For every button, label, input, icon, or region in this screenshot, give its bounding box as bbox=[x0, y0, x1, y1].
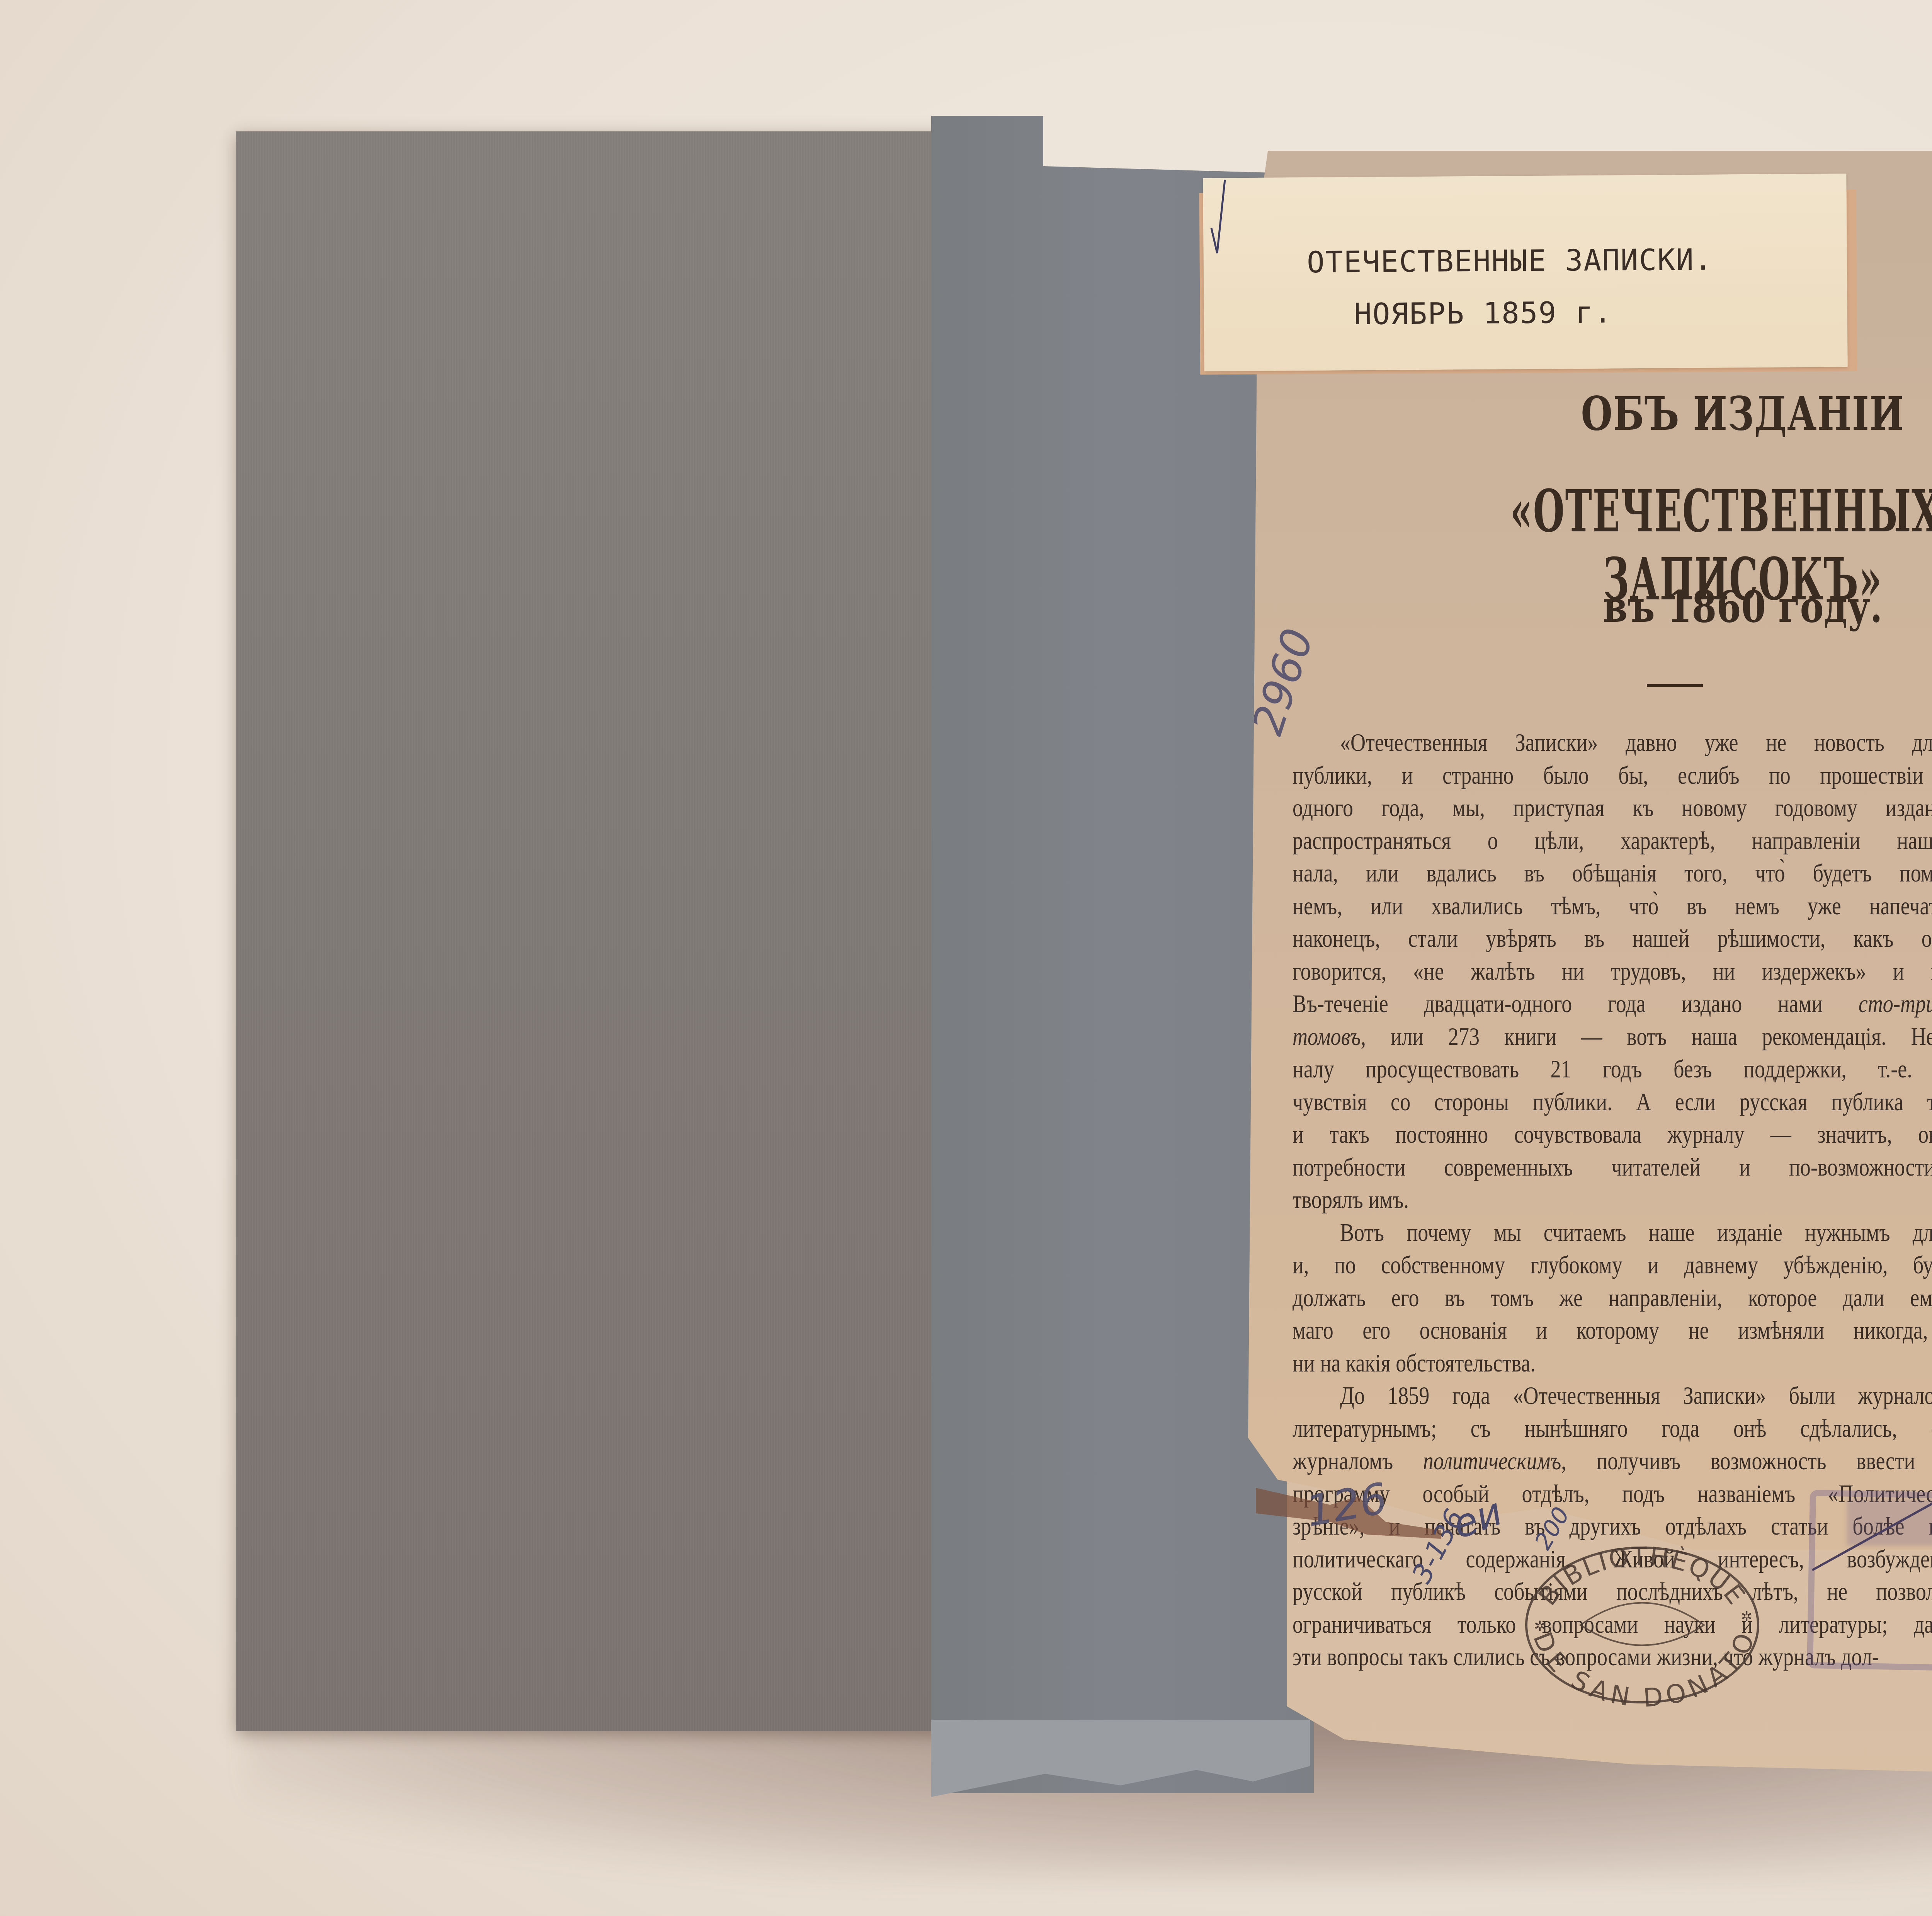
stamp-bottom-text: DE SAN DONATO bbox=[1527, 1628, 1761, 1708]
label-title: ОТЕЧЕСТВЕННЫЕ ЗАПИСКИ. bbox=[1188, 241, 1832, 280]
body-line: Въ-теченіе двадцати-одного года издано н… bbox=[1293, 988, 1932, 1021]
photo-stage: ОТЕЧЕСТВЕННЫЕ ЗАПИСКИ. НОЯБРЬ 1859 г. ОБ… bbox=[0, 0, 1932, 1916]
body-line: публики, и странно было бы, еслибъ по пр… bbox=[1293, 759, 1932, 792]
body-line: творялъ имъ. bbox=[1293, 1184, 1932, 1217]
heading-line-1: ОБЪ ИЗДАНІИ bbox=[1357, 386, 1932, 441]
body-line: распространяться о цѣли, характерѣ, напр… bbox=[1293, 825, 1932, 858]
body-line: должать его въ томъ же направленіи, кото… bbox=[1293, 1282, 1932, 1315]
body-line: томовъ, или 273 книги — вотъ наша рекоме… bbox=[1293, 1021, 1932, 1053]
svg-text:DE SAN DONATO: DE SAN DONATO bbox=[1527, 1628, 1761, 1708]
body-line: и, по собственному глубокому и давнему у… bbox=[1293, 1249, 1932, 1282]
body-line: «Отечественныя Записки» давно уже не нов… bbox=[1293, 727, 1932, 759]
typed-label: ОТЕЧЕСТВЕННЫЕ ЗАПИСКИ. НОЯБРЬ 1859 г. bbox=[1203, 174, 1847, 371]
body-line: маго его основанія и которому не измѣнял… bbox=[1293, 1314, 1932, 1347]
checkmark-icon bbox=[1207, 178, 1231, 255]
body-line: литературнымъ; съ нынѣшняго года онѣ сдѣ… bbox=[1293, 1412, 1932, 1445]
faded-stamp-ink bbox=[1847, 1499, 1932, 1546]
body-line: немъ, или хвалились тѣмъ, что̀ въ немъ у… bbox=[1293, 890, 1932, 923]
back-cover-board bbox=[236, 131, 958, 1731]
label-date: НОЯБРЬ 1859 г. bbox=[1161, 294, 1805, 333]
heading-line-3: въ 1860 году. bbox=[1337, 582, 1932, 632]
body-line: одного года, мы, приступая къ новому год… bbox=[1293, 792, 1932, 825]
body-line: и такъ постоянно сочувствовала журналу —… bbox=[1293, 1118, 1932, 1151]
body-line: чувствія со стороны публики. А если русс… bbox=[1293, 1086, 1932, 1119]
body-line: наконецъ, стали увѣрять въ нашей рѣшимос… bbox=[1293, 922, 1932, 955]
body-line: говорится, «не жалѣть ни трудовъ, ни изд… bbox=[1293, 955, 1932, 988]
svg-text:BIBLIOTHÈQUE: BIBLIOTHÈQUE bbox=[1533, 1542, 1752, 1611]
stamp-star-right-icon: ✲ bbox=[1741, 1609, 1752, 1625]
body-line: нала, или вдались въ обѣщанія того, что̀… bbox=[1293, 857, 1932, 890]
library-stamp: BIBLIOTHÈQUE DE SAN DONATO ✲ ✲ bbox=[1519, 1542, 1766, 1708]
body-line: До 1859 года «Отечественныя Записки» был… bbox=[1293, 1380, 1932, 1412]
body-line: Вотъ почему мы считаемъ наше изданіе нуж… bbox=[1293, 1217, 1932, 1249]
body-line: ни на какія обстоятельства. bbox=[1293, 1347, 1932, 1380]
body-line: налу просуществовать 21 годъ безъ поддер… bbox=[1293, 1053, 1932, 1086]
heading-rule bbox=[1647, 684, 1703, 687]
body-line: потребности современныхъ читателей и по-… bbox=[1293, 1151, 1932, 1184]
stamp-star-left-icon: ✲ bbox=[1534, 1618, 1546, 1634]
stamp-top-text: BIBLIOTHÈQUE bbox=[1533, 1542, 1752, 1611]
body-line: журналомъ политическимъ, получивъ возмож… bbox=[1293, 1445, 1932, 1478]
